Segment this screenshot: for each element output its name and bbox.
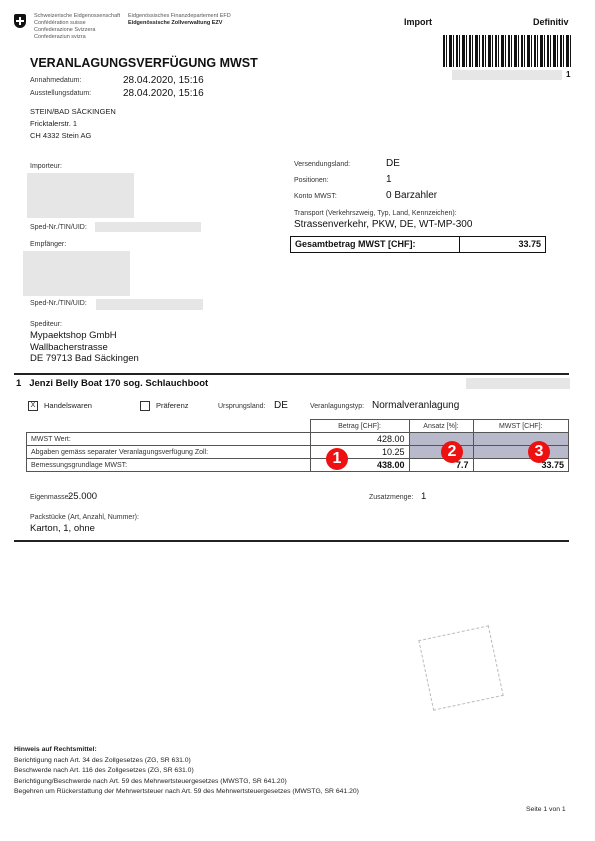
- annahmedatum-label: Annahmedatum:: [30, 77, 81, 84]
- spediteur-line: Wallbacherstrasse: [30, 342, 139, 354]
- legal-notice-line: Beschwerde nach Art. 116 des Zollgesetze…: [14, 766, 359, 777]
- status-label: Definitiv: [533, 17, 569, 27]
- barcode-number: 1: [566, 70, 570, 79]
- position-title: 1 Jenzi Belly Boat 170 sog. Schlauchboot: [16, 378, 208, 389]
- table-row: Abgaben gemäss separater Veranlagungsver…: [27, 446, 569, 459]
- divider: [14, 540, 569, 542]
- redacted-importeur: [27, 173, 134, 218]
- versendungsland-value: DE: [386, 158, 400, 169]
- redacted-importeur-sped: [95, 222, 201, 232]
- handelswaren-label: Handelswaren: [44, 401, 92, 410]
- office-line: STEIN/BAD SÄCKINGEN: [30, 106, 116, 118]
- positionen-label: Positionen:: [294, 177, 329, 184]
- spediteur-label: Spediteur:: [30, 321, 62, 328]
- handelswaren-field: XHandelswaren: [28, 401, 92, 411]
- konto-label: Konto MWST:: [294, 193, 337, 200]
- ausstellungsdatum-label: Ausstellungsdatum:: [30, 90, 91, 97]
- row-label: Abgaben gemäss separater Veranlagungsver…: [27, 446, 311, 459]
- agency-line: Confederazione Svizzera: [34, 27, 120, 34]
- agency-line: Confederaziun svizra: [34, 34, 120, 41]
- positionen-value: 1: [386, 174, 392, 185]
- annotation-badge-2: 2: [441, 441, 463, 463]
- redacted-tariff: [466, 378, 570, 389]
- table-row: MWST Wert: 428.00: [27, 433, 569, 446]
- position-description: Jenzi Belly Boat 170 sog. Schlauchboot: [29, 378, 208, 389]
- ursprungsland-value: DE: [274, 400, 288, 411]
- position-number: 1: [16, 378, 21, 389]
- praeferenz-label: Präferenz: [156, 401, 189, 410]
- row-betrag: 438.00: [310, 459, 409, 472]
- barcode: [443, 35, 571, 67]
- agency-line: Schweizerische Eidgenossenschaft: [34, 13, 120, 20]
- veranlagungstyp-value: Normalveranlagung: [372, 400, 459, 411]
- agency-block: Schweizerische Eidgenossenschaft Confédé…: [34, 13, 120, 41]
- legal-notice: Hinweis auf Rechtsmittel: Berichtigung n…: [14, 745, 359, 798]
- legal-notice-heading: Hinweis auf Rechtsmittel:: [14, 745, 359, 756]
- table-row: Bemessungsgrundlage MWST: 438.00 7.7 33.…: [27, 459, 569, 472]
- header-betrag: Betrag [CHF]:: [310, 420, 409, 433]
- agency-name: Eidgenössische Zollverwaltung EZV: [128, 20, 231, 27]
- transport-label: Transport (Verkehrszweig, Typ, Land, Ken…: [294, 210, 457, 217]
- row-betrag: 10.25: [310, 446, 409, 459]
- veranlagungstyp-label: Veranlagungstyp:: [310, 403, 364, 410]
- office-line: Fricktalerstr. 1: [30, 118, 116, 130]
- row-mwst: [473, 446, 569, 459]
- row-ansatz: 7.7: [409, 459, 473, 472]
- eigenmasse-value: 25.000: [68, 491, 97, 502]
- zusatzmenge-label: Zusatzmenge:: [369, 494, 413, 501]
- agency-line: Confédération suisse: [34, 20, 120, 27]
- legal-notice-line: Begehren um Rückerstattung der Mehrwerts…: [14, 787, 359, 798]
- transport-value: Strassenverkehr, PKW, DE, WT-MP-300: [294, 219, 472, 230]
- packstuecke-value: Karton, 1, ohne: [30, 523, 95, 534]
- import-label: Import: [404, 17, 432, 27]
- customs-stamp: [418, 625, 503, 710]
- spediteur-line: Mypaektshop GmbH: [30, 330, 139, 342]
- row-mwst: [473, 433, 569, 446]
- header-mwst: MWST [CHF]:: [473, 420, 569, 433]
- row-betrag: 428.00: [310, 433, 409, 446]
- versendungsland-label: Versendungsland:: [294, 161, 350, 168]
- department-block: Eidgenössisches Finanzdepartement EFD Ei…: [128, 13, 231, 27]
- redacted-empfaenger: [23, 251, 130, 296]
- gesamtbetrag-label: Gesamtbetrag MWST [CHF]:: [291, 237, 460, 252]
- department-line: Eidgenössisches Finanzdepartement EFD: [128, 13, 231, 20]
- praeferenz-field: Präferenz: [140, 401, 189, 411]
- redacted-empfaenger-sped: [96, 299, 203, 310]
- packstuecke-label: Packstücke (Art, Anzahl, Nummer):: [30, 514, 139, 521]
- legal-notice-line: Berichtigung/Beschwerde nach Art. 59 des…: [14, 777, 359, 788]
- gesamtbetrag-box: Gesamtbetrag MWST [CHF]: 33.75: [290, 236, 546, 253]
- office-line: CH 4332 Stein AG: [30, 130, 116, 142]
- handelswaren-checkbox[interactable]: X: [28, 401, 38, 411]
- empfaenger-sped-label: Sped-Nr./TIN/UID:: [30, 300, 87, 307]
- spediteur-line: DE 79713 Bad Säckingen: [30, 353, 139, 365]
- ursprungsland-label: Ursprungsland:: [218, 403, 265, 410]
- document-title: VERANLAGUNGSVERFÜGUNG MWST: [30, 56, 258, 70]
- row-label: Bemessungsgrundlage MWST:: [27, 459, 311, 472]
- redacted-barcode-text: [452, 70, 562, 80]
- importeur-sped-label: Sped-Nr./TIN/UID:: [30, 224, 87, 231]
- divider: [14, 373, 569, 375]
- legal-notice-line: Berichtigung nach Art. 34 des Zollgesetz…: [14, 756, 359, 767]
- row-mwst: 33.75: [473, 459, 569, 472]
- annahmedatum-value: 28.04.2020, 15:16: [123, 75, 204, 86]
- header-ansatz: Ansatz [%]:: [409, 420, 473, 433]
- swiss-coat-of-arms-icon: [14, 14, 26, 28]
- gesamtbetrag-value: 33.75: [460, 237, 545, 252]
- ausstellungsdatum-value: 28.04.2020, 15:16: [123, 88, 204, 99]
- praeferenz-checkbox[interactable]: [140, 401, 150, 411]
- row-ansatz: [409, 433, 473, 446]
- calculation-table: Betrag [CHF]: Ansatz [%]: MWST [CHF]: MW…: [26, 419, 569, 472]
- page-number: Seite 1 von 1: [526, 806, 566, 813]
- konto-value: 0 Barzahler: [386, 190, 437, 201]
- table-header-row: Betrag [CHF]: Ansatz [%]: MWST [CHF]:: [27, 420, 569, 433]
- annotation-badge-3: 3: [528, 441, 550, 463]
- customs-office: STEIN/BAD SÄCKINGEN Fricktalerstr. 1 CH …: [30, 106, 116, 142]
- annotation-badge-1: 1: [326, 448, 348, 470]
- eigenmasse-label: Eigenmasse:: [30, 494, 70, 501]
- zusatzmenge-value: 1: [421, 491, 426, 502]
- importeur-label: Importeur:: [30, 163, 62, 170]
- spediteur-address: Mypaektshop GmbH Wallbacherstrasse DE 79…: [30, 330, 139, 365]
- empfaenger-label: Empfänger:: [30, 241, 66, 248]
- row-label: MWST Wert:: [27, 433, 311, 446]
